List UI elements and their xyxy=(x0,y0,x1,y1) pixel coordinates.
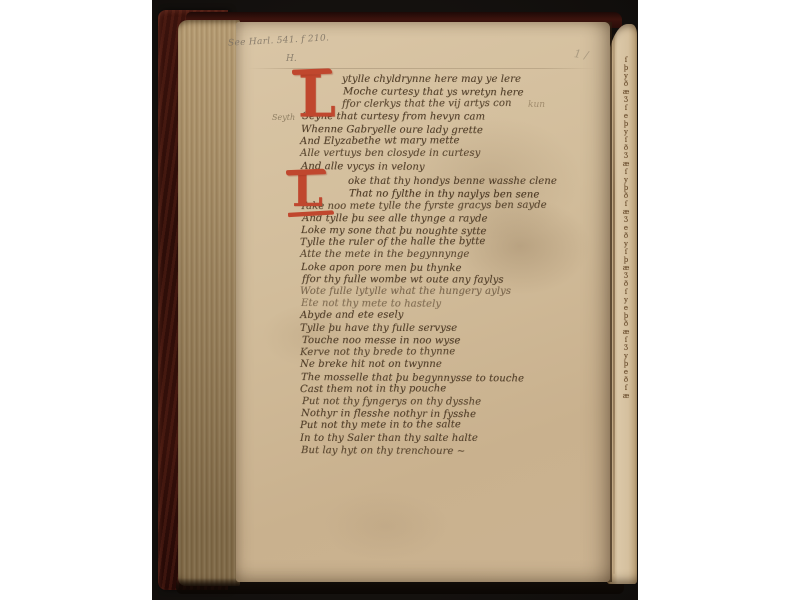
stanza: Loke that thy hondys benne wasshe cleneT… xyxy=(300,176,586,457)
verse-line: Atte the mete in the begynnynge xyxy=(300,249,586,261)
verse-line: ytylle chyldrynne here may ye lere xyxy=(300,74,586,86)
verse-line: Abyde and ete esely xyxy=(300,309,586,323)
manuscript-page: See Harl. 541. f 210. H. 1 / Seyth kun L… xyxy=(236,22,610,582)
photo-backdrop: ſþyðæƷſeþyſðƷæſyþðſæƷeðyſþæƷðſyeþðæſƷyþe… xyxy=(152,0,638,600)
facing-page-crease xyxy=(613,34,615,574)
poem-text-block: Seyth kun Lytylle chyldrynne here may ye… xyxy=(300,74,586,457)
facing-page-illegible-script: ſþyðæƷſeþyſðƷæſyþðſæƷeðyſþæƷðſyeþðæſƷyþe… xyxy=(619,56,633,496)
verse-line: Alle vertuys ben closyde in curtesy xyxy=(300,148,586,160)
margin-gloss: Seyth xyxy=(272,113,295,122)
verse-line: Tylle þu have thy fulle servyse xyxy=(300,323,586,335)
verse-line: Kerve not thy brede to thynne xyxy=(300,346,586,360)
verse-line: Put not thy mete in to the salte xyxy=(300,419,586,433)
pencil-annotation-initial: H. xyxy=(286,54,297,64)
verse-line: In to thy Saler than thy salte halte xyxy=(300,433,586,445)
rubricated-initial: L xyxy=(298,67,336,125)
verse-line: And tylle þu see alle thynge a rayde xyxy=(302,213,588,226)
verse-line: And alle vycys in velony xyxy=(301,161,587,175)
verse-line: Wote fulle lytylle what the hungery ayly… xyxy=(300,286,586,298)
verse-line: Cast them not in thy pouche xyxy=(300,382,586,396)
verse-line: But lay hyt on thy trenchoure ~ xyxy=(301,445,587,459)
verse-line: oke that thy hondys benne wasshe clene xyxy=(300,176,586,188)
pencil-annotation: See Harl. 541. f 210. xyxy=(228,33,330,48)
verse-line: Seyne that curtesy from hevyn cam xyxy=(302,111,588,124)
faint-corner-mark: 1 / xyxy=(573,47,589,62)
verse-line: And Elyzabethe wt mary mette xyxy=(300,135,586,149)
stanza: Lytylle chyldrynne here may ye lereMoche… xyxy=(300,74,586,173)
rubricated-initial: L xyxy=(292,167,323,215)
verse-line: Take noo mete tylle the fyrste gracys be… xyxy=(300,199,586,213)
verse-line: Tylle the ruler of the halle the bytte xyxy=(300,236,586,250)
verse-line: Ne breke hit not on twynne xyxy=(300,359,586,371)
manuscript-photo-page: { "page": { "pencil_note": "See Harl. 54… xyxy=(0,0,800,600)
page-stack-fore-edge xyxy=(178,20,240,586)
verse-line: Put not thy fyngerys on thy dysshe xyxy=(302,396,588,409)
verse-line: ffor thy fulle wombe wt oute any faylys xyxy=(302,274,588,287)
verse-line: ffor clerkys that the vij artys con xyxy=(300,97,586,111)
